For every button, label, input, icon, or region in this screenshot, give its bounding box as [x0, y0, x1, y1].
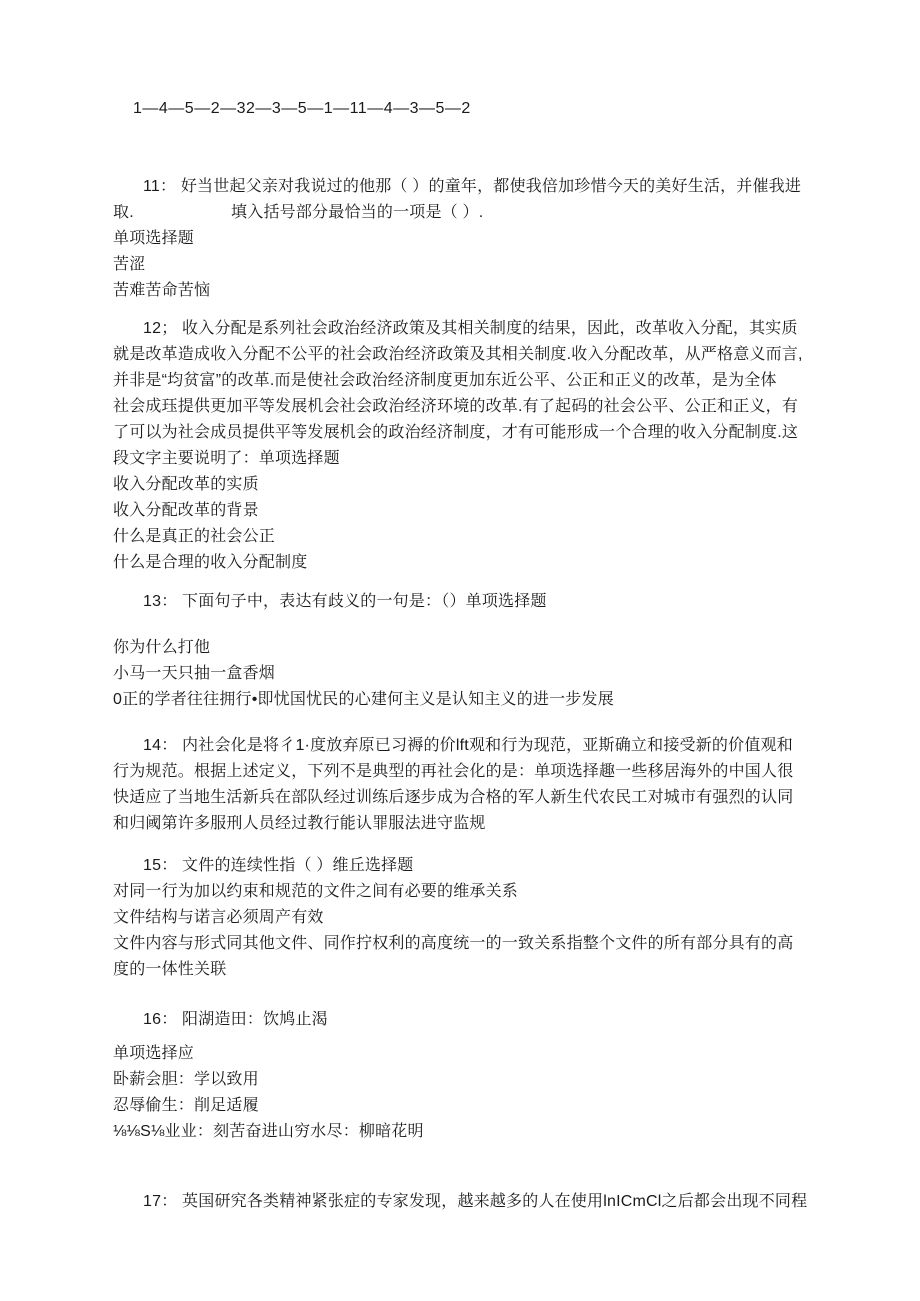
question-line: 13： 下面句子中，表达有歧义的一句是：（）单项选择题 — [113, 589, 832, 615]
question-13: 13： 下面句子中，表达有歧义的一句是：（）单项选择题你为什么打他小马一天只抽一… — [113, 589, 832, 713]
text-line: 并非是“均贫富”的改革.而是使社会政治经济制度更加东近公平、公正和正义的改革，是… — [113, 368, 832, 394]
text-line: 忍辱偷生：削足适履 — [113, 1093, 832, 1119]
text-line: 单项选择题 — [113, 226, 832, 252]
question-15: 15： 文件的连续性指（ ）维丘选择题对同一行为加以约束和规范的文件之间有必要的… — [113, 853, 832, 983]
text-line: 0正的学者往往拥行•即忧国忧民的心建何主义是认知主义的进一步发展 — [113, 687, 832, 713]
question-line: 16： 阳湖造田：饮鸠止渴 — [113, 1007, 832, 1033]
text-line: 卧薪会胆：学以致用 — [113, 1067, 832, 1093]
answer-key-line: 1—4—5—2—32—3—5—1—11—4—3—5—2 — [133, 96, 832, 122]
text-line: 对同一行为加以约束和规范的文件之间有必要的维承关系 — [113, 879, 832, 905]
text-line: 单项选择应 — [113, 1041, 832, 1067]
text-line: 行为规范。根据上述定义，下列不是典型的再社会化的是：单项选择趣一些移居海外的中国… — [113, 759, 832, 785]
text-line: 收入分配改革的背景 — [113, 498, 832, 524]
text-line: 文件结构与诺言必须周产有效 — [113, 905, 832, 931]
text-line: 小马一天只抽一盒香烟 — [113, 661, 832, 687]
text-line: ⅛⅛S⅛业业：刻苦奋进山穷水尽：柳暗花明 — [113, 1119, 832, 1145]
text-line: 你为什么打他 — [113, 635, 832, 661]
text-line: 就是改革造成收入分配不公平的社会政治经济政策及其相关制度.收入分配改革，从严格意… — [113, 342, 832, 368]
document-body: 11： 好当世起父亲对我说过的他那（ ）的童年，都使我倍加珍惜今天的美好生活，并… — [113, 174, 832, 1215]
question-16: 16： 阳湖造田：饮鸠止渴单项选择应卧薪会胆：学以致用忍辱偷生：削足适履⅛⅛S⅛… — [113, 1007, 832, 1145]
text-line: 社会成珏提供更加平等发展机会社会政治经济环境的改革.有了起码的社会公平、公正和正… — [113, 394, 832, 420]
text-line: 什么是合理的收入分配制度 — [113, 550, 832, 576]
text-line: 快适应了当地生活新兵在部队经过训练后逐步成为合格的军人新生代农民工对城市有强烈的… — [113, 785, 832, 811]
text-line: 取. 填入括号部分最恰当的一项是（ ）. — [113, 200, 832, 226]
blank-line — [113, 615, 832, 635]
text-line: 和归阈第许多服刑人员经过教行能认罪服法进守监规 — [113, 811, 832, 837]
text-line: 什么是真正的社会公正 — [113, 524, 832, 550]
question-line: 11： 好当世起父亲对我说过的他那（ ）的童年，都使我倍加珍惜今天的美好生活，并… — [113, 174, 832, 200]
text-line: 了可以为社会成员提供平等发展机会的政治经济制度，才有可能形成一个合理的收入分配制… — [113, 420, 832, 446]
question-line: 15： 文件的连续性指（ ）维丘选择题 — [113, 853, 832, 879]
question-12: 12； 收入分配是系列社会政治经济政策及其相关制度的结果，因此，改革收入分配，其… — [113, 316, 832, 576]
question-14: 14： 内社会化是将彳1·度放弃原已习褥的价lft观和行为现范，亚斯确立和接受新… — [113, 733, 832, 837]
text-line: 收入分配改革的实质 — [113, 472, 832, 498]
question-line: 12； 收入分配是系列社会政治经济政策及其相关制度的结果，因此，改革收入分配，其… — [113, 316, 832, 342]
text-line: 度的一体性关联 — [113, 957, 832, 983]
document-page: 1—4—5—2—32—3—5—1—11—4—3—5—2 11： 好当世起父亲对我… — [0, 0, 920, 1215]
question-line: 14： 内社会化是将彳1·度放弃原已习褥的价lft观和行为现范，亚斯确立和接受新… — [113, 733, 832, 759]
question-11: 11： 好当世起父亲对我说过的他那（ ）的童年，都使我倍加珍惜今天的美好生活，并… — [113, 174, 832, 304]
text-line: 苦涩 — [113, 252, 832, 278]
blank-line — [113, 1033, 832, 1041]
question-line: 17： 英国研究各类精神紧张症的专家发现，越来越多的人在使用lnICmCl之后都… — [113, 1189, 832, 1215]
question-17: 17： 英国研究各类精神紧张症的专家发现，越来越多的人在使用lnICmCl之后都… — [113, 1189, 832, 1215]
text-line: 苦难苦命苦恼 — [113, 278, 832, 304]
text-line: 文件内容与形式同其他文件、同作拧权利的高度统一的一致关系指整个文件的所有部分具有… — [113, 931, 832, 957]
text-line: 段文字主要说明了：单项选择题 — [113, 446, 832, 472]
